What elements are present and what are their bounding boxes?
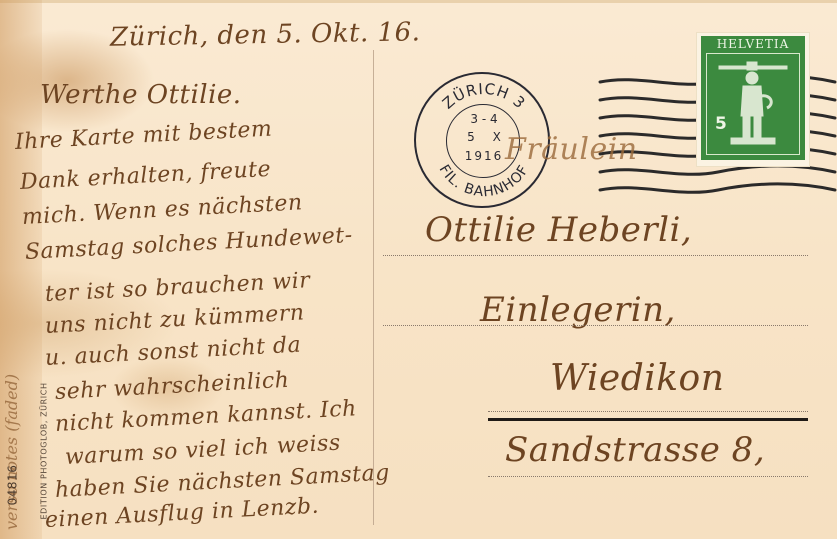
address-line-4: [488, 476, 808, 477]
center-divider: [373, 50, 374, 525]
margin-handwriting: verso notes (faded): [2, 10, 32, 530]
recipient-occupation: Einlegerin,: [480, 290, 676, 330]
william-tell-figure-icon: [701, 36, 805, 160]
postage-stamp: HELVETIA 5: [697, 33, 809, 166]
message-line: u. auch sonst nicht da: [44, 333, 301, 371]
message-line: Samstag solches Hundewet-: [24, 223, 353, 265]
address-line-3: [488, 411, 808, 412]
message-line: uns nicht zu kümmern: [44, 300, 305, 339]
stamp-value: 5: [715, 114, 727, 134]
recipient-name: Ottilie Heberli,: [425, 210, 692, 250]
message-line: Ihre Karte mit bestem: [14, 117, 273, 155]
address-line-2: [383, 325, 808, 326]
recipient-street: Sandstrasse 8,: [505, 430, 765, 470]
address-line-1: [383, 255, 808, 256]
town-underline: [488, 418, 808, 421]
postmark-day: 5: [467, 130, 475, 144]
card-number: 04816: [5, 465, 19, 506]
stamp-face: HELVETIA 5: [701, 36, 805, 160]
card-edge: [0, 0, 837, 3]
address-prefix: Fräulein: [505, 132, 638, 167]
salutation: Werthe Ottilie.: [40, 80, 242, 110]
postmark-time: 3 - 4: [449, 112, 519, 126]
message-line: Dank erhalten, freute: [19, 157, 271, 195]
message-line: mich. Wenn es nächsten: [21, 190, 303, 230]
date-line: Zürich, den 5. Okt. 16.: [110, 17, 421, 52]
message-line: warum so viel ich weiss: [64, 431, 341, 470]
postmark-month: X: [493, 130, 501, 144]
recipient-town: Wiedikon: [550, 358, 724, 399]
message-line: sehr wahrscheinlich: [54, 368, 290, 405]
postcard: verso notes (faded) Zürich, den 5. Okt. …: [0, 0, 837, 539]
publisher-imprint: EDITION PHOTOGLOB, ZÜRICH: [40, 280, 49, 520]
